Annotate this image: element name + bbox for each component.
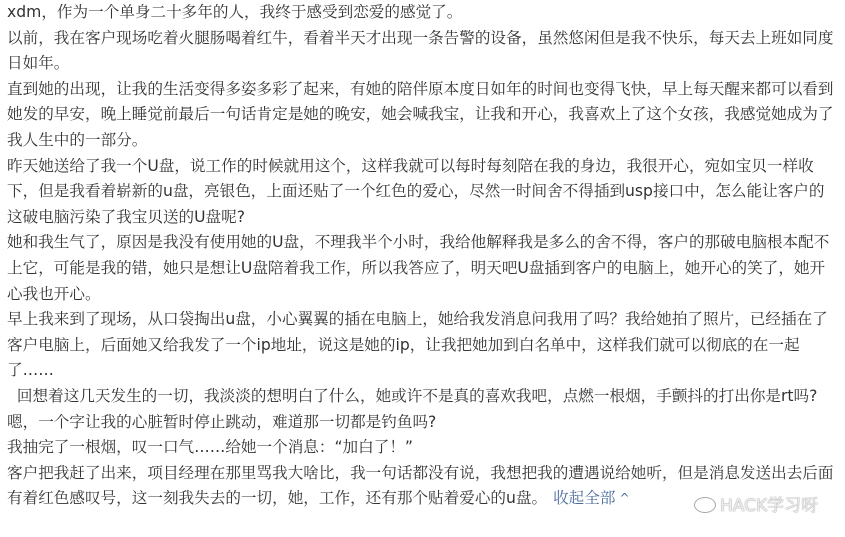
paragraph-3: 直到她的出现，让我的生活变得多姿多彩了起来，有她的陪伴原本度日如年的时间也变得飞… <box>7 77 837 154</box>
chevron-up-icon: ^ <box>619 486 629 512</box>
paragraph-7: 回想着这几天发生的一切，我淡淡的想明白了什么，她或许不是真的喜欢我吧，点燃一根烟… <box>7 384 837 410</box>
paragraph-1: xdm，作为一个单身二十多年的人，我终于感受到恋爱的感觉了。 <box>7 0 837 26</box>
paragraph-5: 她和我生气了，原因是我没有使用她的U盘，不理我半个小时，我给他解释我是多么的舍不… <box>7 230 837 307</box>
paragraph-2: 以前，我在客户现场吃着火腿肠喝着红牛，看着半天才出现一条告警的设备，虽然悠闲但是… <box>7 26 837 77</box>
paragraph-9: 我抽完了一根烟，叹一口气……给她一个消息：“加白了！” <box>7 435 837 461</box>
post-body: xdm，作为一个单身二十多年的人，我终于感受到恋爱的感觉了。 以前，我在客户现场… <box>7 0 837 512</box>
paragraph-4: 昨天她送给了我一个U盘，说工作的时候就用这个，这样我就可以每时每刻陪在我的身边，… <box>7 154 837 231</box>
paragraph-10: 客户把我赶了出来，项目经理在那里骂我大啥比，我一句话都没有说，我想把我的遭遇说给… <box>7 461 837 512</box>
collapse-all-link[interactable]: 收起全部^ <box>553 489 629 507</box>
paragraph-10-text: 客户把我赶了出来，项目经理在那里骂我大啥比，我一句话都没有说，我想把我的遭遇说给… <box>7 464 833 508</box>
collapse-all-label: 收起全部 <box>553 489 615 507</box>
paragraph-6: 早上我来到了现场，从口袋掏出u盘，小心翼翼的插在电脑上，她给我发消息问我用了吗？… <box>7 307 837 384</box>
paragraph-8: 嗯，一个字让我的心脏暂时停止跳动，难道那一切都是钓鱼吗? <box>7 410 837 436</box>
